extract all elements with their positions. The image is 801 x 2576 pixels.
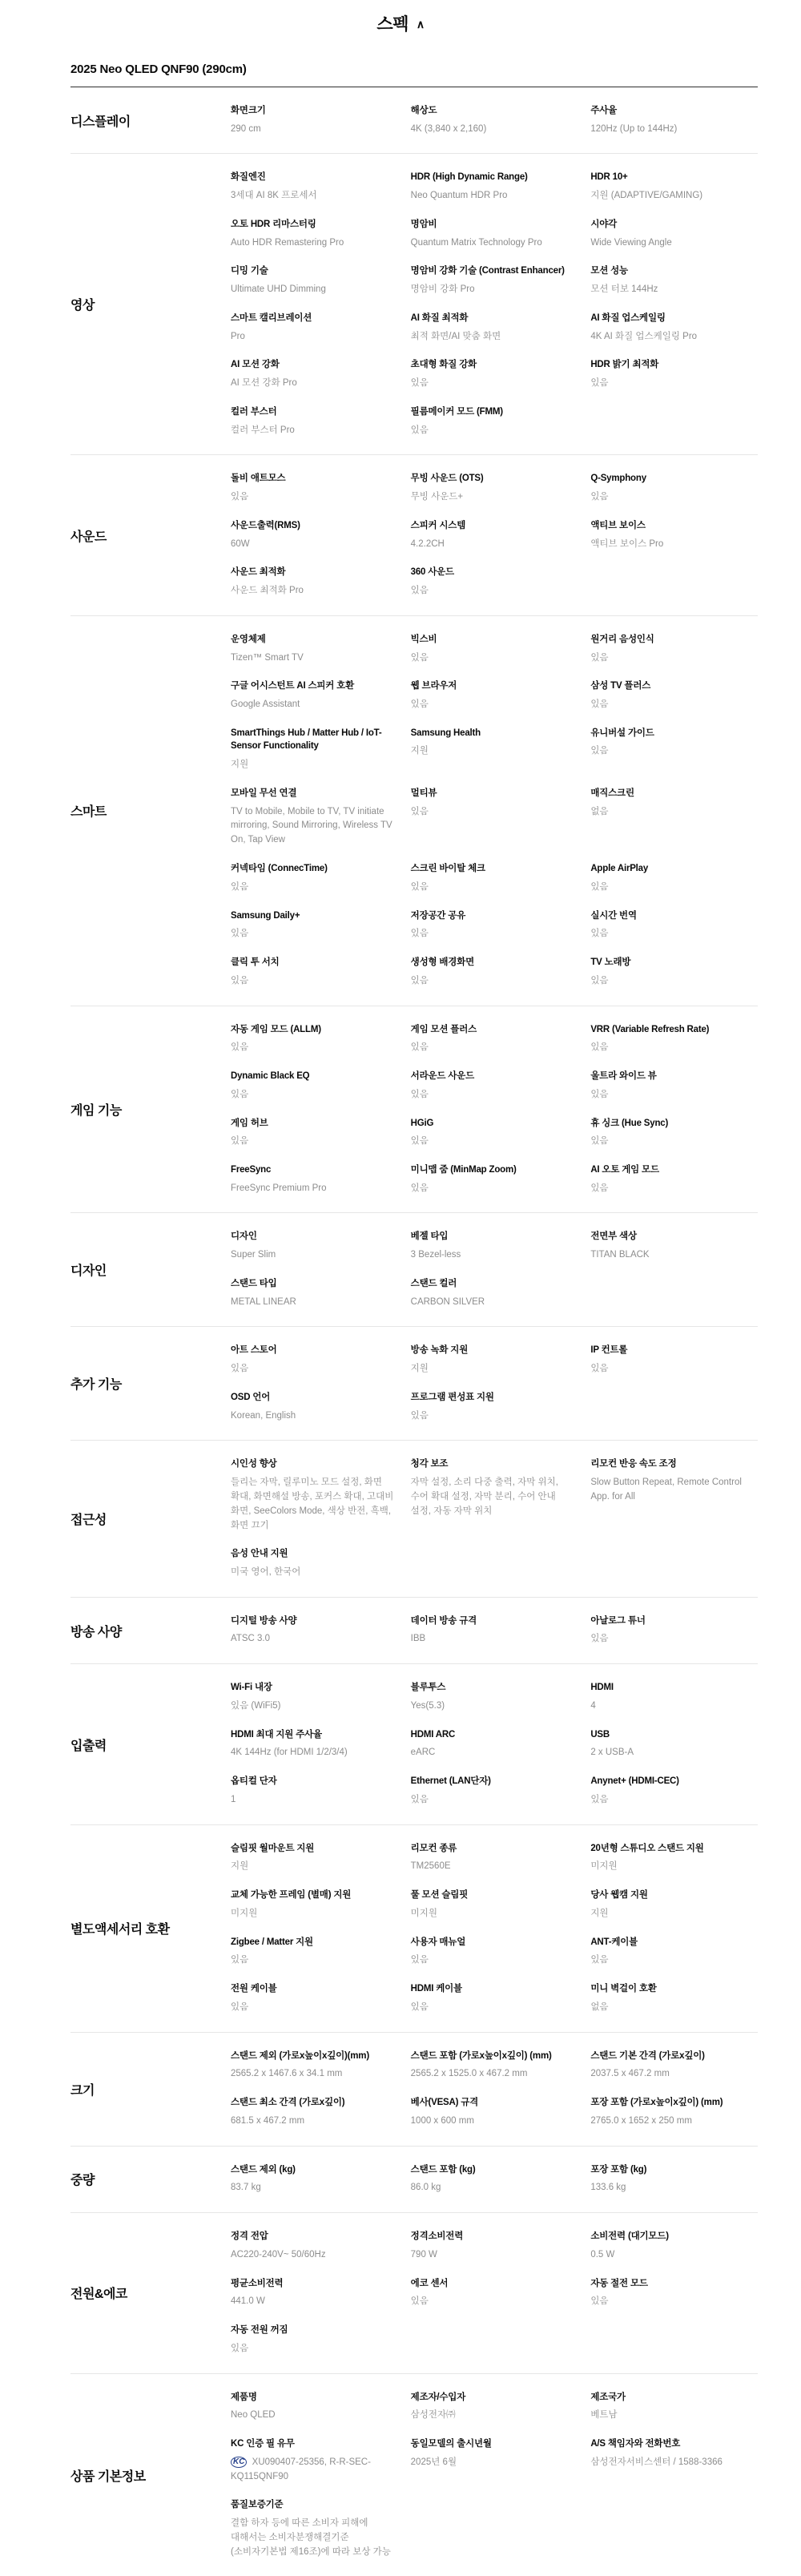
spec-item: 전원 케이블 있음 [231,1975,398,2022]
spec-item: 필름메이커 모드 (FMM) 있음 [411,398,578,445]
spec-item-label: 스피커 시스템 [411,519,578,533]
collapse-chevron-up-icon[interactable]: ∧ [417,18,425,31]
section-title: 크기 [70,2080,231,2098]
spec-item-value: 있음 [231,1088,398,1103]
spec-item-value: 1 [231,1793,398,1808]
spec-item: 서라운드 사운드 있음 [411,1062,578,1109]
spec-item-value: 있음 [411,2295,578,2309]
spec-item: 옵티컬 단자 1 [231,1768,398,1814]
spec-item-label: 스탠드 포함 (kg) [411,2163,578,2177]
spec-item-value: 자막 설정, 소리 다중 출력, 자막 위치, 수어 확대 설정, 자막 분리,… [411,1476,578,1518]
spec-item-value: 3세대 AI 8K 프로세서 [231,189,398,204]
spec-item: 아트 스토어 있음 [231,1336,398,1383]
spec-item-value: 없음 [590,805,758,820]
spec-section-extra-features: 추가 기능 아트 스토어 있음 방송 녹화 지원 지원 IP 컨트롤 있음 OS… [70,1327,758,1441]
spec-item-value: 있음 [411,377,578,391]
spec-item-value: Ultimate UHD Dimming [231,283,398,297]
section-items: 화질엔진 3세대 AI 8K 프로세서 HDR (High Dynamic Ra… [231,163,758,445]
spec-item-label: 디자인 [231,1230,398,1244]
spec-item: Zigbee / Matter 지원 있음 [231,1929,398,1975]
spec-item-label: 데이터 방송 규격 [411,1615,578,1628]
spec-item: 슬림핏 월마운트 지원 지원 [231,1835,398,1881]
spec-item-label: AI 화질 업스케일링 [590,312,758,325]
spec-item: 블루투스 Yes(5.3) [411,1674,578,1720]
spec-item-label: 삼성 TV 플러스 [590,679,758,693]
spec-item-value: IBB [411,1632,578,1647]
spec-item-value: AC220-240V~ 50/60Hz [231,2248,398,2263]
spec-item-label: 에코 센서 [411,2277,578,2291]
spec-item-label: 사용자 매뉴얼 [411,1936,578,1949]
spec-item-label: 포장 포함 (kg) [590,2163,758,2177]
spec-section-sound: 사운드 돌비 애트모스 있음 무빙 사운드 (OTS) 무빙 사운드+ Q-Sy… [70,455,758,615]
spec-section-video: 영상 화질엔진 3세대 AI 8K 프로세서 HDR (High Dynamic… [70,154,758,455]
spec-item-value: 있음 [411,1409,578,1424]
section-items: 아트 스토어 있음 방송 녹화 지원 지원 IP 컨트롤 있음 OSD 언어 K… [231,1336,758,1430]
spec-item: 시야각 Wide Viewing Angle [590,211,758,257]
spec-item: HDR 10+ 지원 (ADAPTIVE/GAMING) [590,163,758,210]
spec-item-label: 원거리 음성인식 [590,633,758,647]
spec-item: 디자인 Super Slim [231,1223,398,1269]
spec-item: 휴 싱크 (Hue Sync) 있음 [590,1110,758,1156]
spec-item-value: 있음 [411,1088,578,1103]
spec-item: 자동 전원 꺼짐 있음 [231,2316,398,2363]
spec-item-label: 음성 안내 지원 [231,1547,398,1561]
spec-section-accessory-compat: 별도액세서리 호환 슬림핏 월마운트 지원 지원 리모컨 종류 TM2560E … [70,1825,758,2033]
spec-item: 컬러 부스터 컬러 부스터 Pro [231,398,398,445]
spec-item-value: 있음 [231,974,398,989]
spec-item-value: 4.2.2CH [411,538,578,552]
spec-item: USB 2 x USB-A [590,1721,758,1768]
spec-item: 평균소비전력 441.0 W [231,2270,398,2316]
spec-item-label: Samsung Health [411,727,578,740]
spec-item: 삼성 TV 플러스 있음 [590,672,758,719]
spec-item: HDMI 최대 지원 주사율 4K 144Hz (for HDMI 1/2/3/… [231,1721,398,1768]
section-items: 화면크기 290 cm 해상도 4K (3,840 x 2,160) 주사율 1… [231,97,758,143]
spec-item-label: 전원 케이블 [231,1982,398,1996]
spec-item-value: 있음 [411,698,578,712]
section-title: 추가 기능 [70,1374,231,1393]
spec-item: 스탠드 기본 간격 (가로x깊이) 2037.5 x 467.2 mm [590,2042,758,2089]
spec-item-value: 있음 [590,927,758,941]
spec-item-label: 스탠드 기본 간격 (가로x깊이) [590,2050,758,2063]
spec-item: 제조국가 베트남 [590,2384,758,2430]
spec-item-label: 클릭 투 서치 [231,956,398,970]
spec-item-label: HDMI 최대 지원 주사율 [231,1728,398,1742]
spec-item: Q-Symphony 있음 [590,465,758,511]
spec-item: 동일모델의 출시년월 2025년 6월 [411,2430,578,2477]
spec-section-product-info: 상품 기본정보 제품명 Neo QLED 제조자/수입자 삼성전자㈜ 제조국가 … [70,2374,758,2576]
page-title-text: 스펙 [376,11,409,35]
spec-item-label: Anynet+ (HDMI-CEC) [590,1775,758,1788]
spec-item-label: 전면부 색상 [590,1230,758,1244]
spec-item-label: 울트라 와이드 뷰 [590,1070,758,1083]
spec-item-value: 베트남 [590,2409,758,2423]
section-title: 별도액세서리 호환 [70,1919,231,1937]
spec-item-label: 화질엔진 [231,171,398,184]
spec-item-value: 최적 화면/AI 맞춤 화면 [411,330,578,345]
spec-item: 스탠드 제외 (kg) 83.7 kg [231,2156,398,2203]
spec-item: AI 오토 게임 모드 있음 [590,1156,758,1203]
spec-item-label: KC 인증 필 유무 [231,2437,398,2451]
spec-item: 베젤 타입 3 Bezel-less [411,1223,578,1269]
spec-item: ANT-케이블 있음 [590,1929,758,1975]
spec-item: 미니맵 줌 (MinMap Zoom) 있음 [411,1156,578,1203]
spec-item-value: 있음 [411,1041,578,1055]
spec-item-value: 있음 [590,1182,758,1196]
spec-item-value: KC XU090407-25356, R-R-SEC-KQ115QNF90 [231,2456,398,2485]
spec-item-value: Wide Viewing Angle [590,236,758,251]
spec-item-label: 옵티컬 단자 [231,1775,398,1788]
spec-item-label: AI 오토 게임 모드 [590,1163,758,1177]
spec-item-value: 있음 [411,424,578,438]
spec-item: 주사율 120Hz (Up to 144Hz) [590,97,758,143]
spec-item: 스탠드 제외 (가로x높이x깊이)(mm) 2565.2 x 1467.6 x … [231,2042,398,2089]
spec-item-value: 있음 [590,651,758,666]
spec-item-label: 정격 전압 [231,2230,398,2243]
section-items: 운영체제 Tizen™ Smart TV 빅스비 있음 원거리 음성인식 있음 … [231,626,758,996]
spec-item: 360 사운드 있음 [411,558,578,605]
spec-item-label: 스탠드 제외 (가로x높이x깊이)(mm) [231,2050,398,2063]
spec-item-value: 있음 [590,744,758,759]
spec-item-value: 있음 [231,1135,398,1149]
spec-section-io: 입출력 Wi-Fi 내장 있음 (WiFi5) 블루투스 Yes(5.3) HD… [70,1664,758,1824]
spec-item-label: 미니 벽걸이 호환 [590,1982,758,1996]
spec-item-value: Neo Quantum HDR Pro [411,189,578,204]
spec-item-value: 사운드 최적화 Pro [231,584,398,599]
section-items: 디지털 방송 사양 ATSC 3.0 데이터 방송 규격 IBB 아날로그 튜너… [231,1607,758,1654]
spec-item-value: Auto HDR Remastering Pro [231,236,398,251]
spec-item: 20년형 스튜디오 스탠드 지원 미지원 [590,1835,758,1881]
spec-item-value: 있음 [590,490,758,505]
spec-item-value: TITAN BLACK [590,1248,758,1263]
spec-item: 생성형 배경화면 있음 [411,949,578,995]
spec-item-value: 있음 [590,1793,758,1808]
spec-item-label: 스탠드 컬러 [411,1277,578,1291]
spec-item-value: AI 모션 강화 Pro [231,377,398,391]
spec-item-value: 1000 x 600 mm [411,2114,578,2129]
spec-item-label: 20년형 스튜디오 스탠드 지원 [590,1842,758,1856]
spec-item: 정격 전압 AC220-240V~ 50/60Hz [231,2223,398,2269]
spec-item: 게임 모션 플러스 있음 [411,1016,578,1062]
spec-item-value: Korean, English [231,1409,398,1424]
spec-item-label: OSD 언어 [231,1391,398,1405]
spec-item-value: 2565.2 x 1467.6 x 34.1 mm [231,2067,398,2082]
spec-item-value: 있음 [590,1135,758,1149]
spec-item-value: 441.0 W [231,2295,398,2309]
spec-item: 울트라 와이드 뷰 있음 [590,1062,758,1109]
spec-item: 방송 녹화 지원 지원 [411,1336,578,1383]
spec-item: HDMI ARC eARC [411,1721,578,1768]
spec-item-value: ATSC 3.0 [231,1632,398,1647]
spec-item: 스탠드 포함 (가로x높이x깊이) (mm) 2565.2 x 1525.0 x… [411,2042,578,2089]
spec-item: Samsung Health 지원 [411,720,578,766]
spec-item: 초대형 화질 강화 있음 [411,351,578,397]
spec-item-label: 돌비 애트모스 [231,472,398,486]
spec-item-label: 소비전력 (대기모드) [590,2230,758,2243]
spec-item-value: 있음 [590,1041,758,1055]
spec-item-label: VRR (Variable Refresh Rate) [590,1023,758,1037]
spec-item: 시인성 향상 들리는 자막, 릴루미노 모드 설정, 화면 확대, 화면해설 방… [231,1450,398,1540]
spec-item-label: 스탠드 제외 (kg) [231,2163,398,2177]
spec-item-label: 풀 모션 슬림핏 [411,1889,578,1902]
spec-item-value: Tizen™ Smart TV [231,651,398,666]
spec-item-label: 게임 모션 플러스 [411,1023,578,1037]
spec-item-label: 명암비 강화 기술 (Contrast Enhancer) [411,264,578,278]
spec-item-label: 실시간 번역 [590,909,758,923]
spec-item-value: TV to Mobile, Mobile to TV, TV initiate … [231,805,398,848]
spec-item-label: HDMI 케이블 [411,1982,578,1996]
spec-item: Ethernet (LAN단자) 있음 [411,1768,578,1814]
spec-item: 당사 웹캠 지원 지원 [590,1881,758,1928]
spec-item: 게임 허브 있음 [231,1110,398,1156]
spec-item-value: Neo QLED [231,2409,398,2423]
spec-item: 스탠드 타입 METAL LINEAR [231,1270,398,1316]
section-title: 사운드 [70,526,231,545]
page-title: 스펙 ∧ [376,11,424,35]
spec-item-label: 디지털 방송 사양 [231,1615,398,1628]
spec-section-accessibility: 접근성 시인성 향상 들리는 자막, 릴루미노 모드 설정, 화면 확대, 화면… [70,1441,758,1597]
spec-item-label: 미니맵 줌 (MinMap Zoom) [411,1163,578,1177]
spec-item: 클릭 투 서치 있음 [231,949,398,995]
spec-item-value: 지원 [411,744,578,759]
spec-item-label: 제품명 [231,2391,398,2405]
spec-item-label: HDR 10+ [590,171,758,184]
spec-item-value: Super Slim [231,1248,398,1263]
spec-section-display: 디스플레이 화면크기 290 cm 해상도 4K (3,840 x 2,160)… [70,87,758,154]
spec-item-label: 빅스비 [411,633,578,647]
spec-item-label: HDR (High Dynamic Range) [411,171,578,184]
spec-item-label: 스탠드 최소 간격 (가로x깊이) [231,2096,398,2110]
spec-item-label: 베젤 타입 [411,1230,578,1244]
spec-item: 베사(VESA) 규격 1000 x 600 mm [411,2089,578,2135]
spec-item-value: 있음 [411,584,578,599]
section-items: 스탠드 제외 (가로x높이x깊이)(mm) 2565.2 x 1467.6 x … [231,2042,758,2136]
spec-item: 자동 절전 모드 있음 [590,2270,758,2316]
spec-item: 무빙 사운드 (OTS) 무빙 사운드+ [411,465,578,511]
spec-item-label: 멀티뷰 [411,787,578,800]
spec-item: HDMI 4 [590,1674,758,1720]
spec-item: Wi-Fi 내장 있음 (WiFi5) [231,1674,398,1720]
spec-item-label: ANT-케이블 [590,1936,758,1949]
spec-item-label: 청각 보조 [411,1457,578,1471]
spec-item-label: 모바일 무선 연결 [231,787,398,800]
spec-section-power-eco: 전원&에코 정격 전압 AC220-240V~ 50/60Hz 정격소비전력 7… [70,2213,758,2373]
spec-item-value: 2037.5 x 467.2 mm [590,2067,758,2082]
spec-item-label: 품질보증기준 [231,2498,398,2512]
spec-item-value: 있음 [231,2001,398,2015]
spec-item-value: 2765.0 x 1652 x 250 mm [590,2114,758,2129]
section-title: 접근성 [70,1510,231,1528]
spec-item-value: 있음 [411,1793,578,1808]
spec-item-label: 방송 녹화 지원 [411,1344,578,1357]
spec-item-label: 제조국가 [590,2391,758,2405]
spec-item: KC 인증 필 유무 KC XU090407-25356, R-R-SEC-KQ… [231,2430,398,2491]
spec-item-label: 리모컨 종류 [411,1842,578,1856]
spec-item: 스탠드 최소 간격 (가로x깊이) 681.5 x 467.2 mm [231,2089,398,2135]
spec-item-value: 60W [231,538,398,552]
spec-item-value: TM2560E [411,1860,578,1874]
spec-item-label: TV 노래방 [590,956,758,970]
kc-certification-icon: KC [231,2457,247,2468]
spec-item: 청각 보조 자막 설정, 소리 다중 출력, 자막 위치, 수어 확대 설정, … [411,1450,578,1526]
spec-item: 스크린 바이탈 체크 있음 [411,855,578,901]
spec-item: TV 노래방 있음 [590,949,758,995]
spec-item-value: 있음 [590,1088,758,1103]
spec-item: 웹 브라우저 있음 [411,672,578,719]
spec-item-value: 있음 [231,1362,398,1377]
spec-item: 에코 센서 있음 [411,2270,578,2316]
spec-item-value: 4 [590,1699,758,1714]
product-title: 2025 Neo QLED QNF90 (290cm) [70,62,758,87]
spec-item-label: 아트 스토어 [231,1344,398,1357]
spec-item: 스탠드 컬러 CARBON SILVER [411,1270,578,1316]
spec-section-weight: 중량 스탠드 제외 (kg) 83.7 kg 스탠드 포함 (kg) 86.0 … [70,2147,758,2213]
spec-item-label: 운영체제 [231,633,398,647]
spec-item: Anynet+ (HDMI-CEC) 있음 [590,1768,758,1814]
spec-item-value: 4K AI 화질 업스케일링 Pro [590,330,758,345]
spec-item: 빅스비 있음 [411,626,578,672]
spec-sections: 디스플레이 화면크기 290 cm 해상도 4K (3,840 x 2,160)… [70,87,758,2576]
spec-section-size: 크기 스탠드 제외 (가로x높이x깊이)(mm) 2565.2 x 1467.6… [70,2033,758,2147]
spec-item-label: 저장공간 공유 [411,909,578,923]
spec-item-label: HDMI [590,1681,758,1695]
spec-item-value: 3 Bezel-less [411,1248,578,1263]
spec-item: 제조자/수입자 삼성전자㈜ [411,2384,578,2430]
spec-item-label: FreeSync [231,1163,398,1177]
spec-item: 포장 포함 (kg) 133.6 kg [590,2156,758,2203]
spec-item: 액티브 보이스 액티브 보이스 Pro [590,512,758,558]
spec-item-label: 컬러 부스터 [231,405,398,419]
spec-item: 매직스크린 없음 [590,780,758,826]
section-items: 자동 게임 모드 (ALLM) 있음 게임 모션 플러스 있음 VRR (Var… [231,1016,758,1203]
spec-item-value: 있음 [411,2001,578,2015]
spec-item-label: 오토 HDR 리마스터링 [231,218,398,232]
spec-item-label: USB [590,1728,758,1742]
spec-item-label: 아날로그 튜너 [590,1615,758,1628]
spec-item: A/S 책임자와 전화번호 삼성전자서비스센터 / 1588-3366 [590,2430,758,2477]
spec-item-value: 지원 (ADAPTIVE/GAMING) [590,189,758,204]
spec-item-value: 290 cm [231,123,398,137]
spec-item: 화면크기 290 cm [231,97,398,143]
spec-item: 실시간 번역 있음 [590,902,758,949]
spec-item-value: 있음 [590,2295,758,2309]
spec-item: 품질보증기준 결함 하자 등에 따른 소비자 피해에 대해서는 소비자분쟁해결기… [231,2491,398,2566]
spec-item: 아날로그 튜너 있음 [590,1607,758,1654]
spec-item-label: 게임 허브 [231,1117,398,1131]
spec-section-game: 게임 기능 자동 게임 모드 (ALLM) 있음 게임 모션 플러스 있음 VR… [70,1006,758,1214]
spec-item-label: SmartThings Hub / Matter Hub / IoT-Senso… [231,727,398,753]
spec-item: 전면부 색상 TITAN BLACK [590,1223,758,1269]
spec-item-value: 있음 [590,377,758,391]
spec-item-value: 2 x USB-A [590,1746,758,1760]
spec-item-value: 있음 [590,698,758,712]
spec-item: 디밍 기술 Ultimate UHD Dimming [231,257,398,304]
spec-item: 사운드출력(RMS) 60W [231,512,398,558]
spec-section-broadcast: 방송 사양 디지털 방송 사양 ATSC 3.0 데이터 방송 규격 IBB 아… [70,1598,758,1664]
spec-item-value: CARBON SILVER [411,1296,578,1310]
section-title: 디스플레이 [70,111,231,130]
spec-item: 소비전력 (대기모드) 0.5 W [590,2223,758,2269]
spec-item: 제품명 Neo QLED [231,2384,398,2430]
spec-item: 리모컨 반응 속도 조정 Slow Button Repeat, Remote … [590,1450,758,1511]
spec-item-label: 서라운드 사운드 [411,1070,578,1083]
spec-item: 교체 가능한 프레임 (별매) 지원 미지원 [231,1881,398,1928]
spec-item-value: 있음 [590,1362,758,1377]
spec-item-label: 커넥타임 (ConnecTime) [231,862,398,876]
spec-item-label: 교체 가능한 프레임 (별매) 지원 [231,1889,398,1902]
spec-item-value: 있음 (WiFi5) [231,1699,398,1714]
spec-item-label: 포장 포함 (가로x높이x깊이) (mm) [590,2096,758,2110]
spec-item-value: 없음 [590,2001,758,2015]
spec-item: Apple AirPlay 있음 [590,855,758,901]
spec-item-value: 120Hz (Up to 144Hz) [590,123,758,137]
spec-item-value: 있음 [231,490,398,505]
spec-item-label: HDR 밝기 최적화 [590,358,758,372]
spec-item-label: 구글 어시스턴트 AI 스피커 호환 [231,679,398,693]
spec-item-value: Slow Button Repeat, Remote Control App. … [590,1476,758,1505]
spec-item-value: 미지원 [590,1860,758,1874]
spec-item-label: 사운드 최적화 [231,566,398,579]
spec-item: 포장 포함 (가로x높이x깊이) (mm) 2765.0 x 1652 x 25… [590,2089,758,2135]
spec-item-label: 초대형 화질 강화 [411,358,578,372]
spec-item-value: 있음 [590,1632,758,1647]
spec-item: 운영체제 Tizen™ Smart TV [231,626,398,672]
section-items: 시인성 향상 들리는 자막, 릴루미노 모드 설정, 화면 확대, 화면해설 방… [231,1450,758,1586]
spec-item: HDR 밝기 최적화 있음 [590,351,758,397]
spec-item: Samsung Daily+ 있음 [231,902,398,949]
spec-item-value: 있음 [411,805,578,820]
spec-item-value: 2025년 6월 [411,2456,578,2470]
spec-item-label: 유니버설 가이드 [590,727,758,740]
spec-item-label: 동일모델의 출시년월 [411,2437,578,2451]
spec-item-label: 슬림핏 월마운트 지원 [231,1842,398,1856]
spec-item-value: 86.0 kg [411,2181,578,2195]
spec-item-value: 액티브 보이스 Pro [590,538,758,552]
spec-item-value: 있음 [411,974,578,989]
spec-item: 사용자 매뉴얼 있음 [411,1929,578,1975]
spec-item: 모션 성능 모션 터보 144Hz [590,257,758,304]
spec-item: HGiG 있음 [411,1110,578,1156]
spec-item: 정격소비전력 790 W [411,2223,578,2269]
spec-item: AI 화질 업스케일링 4K AI 화질 업스케일링 Pro [590,304,758,351]
spec-page: 스펙 ∧ 2025 Neo QLED QNF90 (290cm) 디스플레이 화… [0,0,801,2576]
spec-item-value: 있음 [411,1182,578,1196]
spec-item: AI 모션 강화 AI 모션 강화 Pro [231,351,398,397]
spec-item-label: Q-Symphony [590,472,758,486]
section-title: 디자인 [70,1260,231,1279]
spec-item-label: 스마트 캘리브레이션 [231,312,398,325]
spec-item-label: Ethernet (LAN단자) [411,1775,578,1788]
spec-item-label: Zigbee / Matter 지원 [231,1936,398,1949]
spec-item-value: 있음 [231,881,398,895]
section-items: 디자인 Super Slim 베젤 타입 3 Bezel-less 전면부 색상… [231,1223,758,1316]
spec-item-value: 무빙 사운드+ [411,490,578,505]
spec-item: 미니 벽걸이 호환 없음 [590,1975,758,2022]
spec-item-value: 있음 [590,881,758,895]
spec-item-label: 생성형 배경화면 [411,956,578,970]
spec-item-label: 매직스크린 [590,787,758,800]
spec-item-label: 디밍 기술 [231,264,398,278]
spec-item-value: eARC [411,1746,578,1760]
spec-item-label: AI 모션 강화 [231,358,398,372]
spec-item-label: 주사율 [590,104,758,118]
section-items: 정격 전압 AC220-240V~ 50/60Hz 정격소비전력 790 W 소… [231,2223,758,2363]
spec-item: 스탠드 포함 (kg) 86.0 kg [411,2156,578,2203]
spec-item-label: 휴 싱크 (Hue Sync) [590,1117,758,1131]
spec-item-value: 지원 [590,1907,758,1921]
spec-item-label: 당사 웹캠 지원 [590,1889,758,1902]
spec-section-smart: 스마트 운영체제 Tizen™ Smart TV 빅스비 있음 원거리 음성인식… [70,616,758,1006]
